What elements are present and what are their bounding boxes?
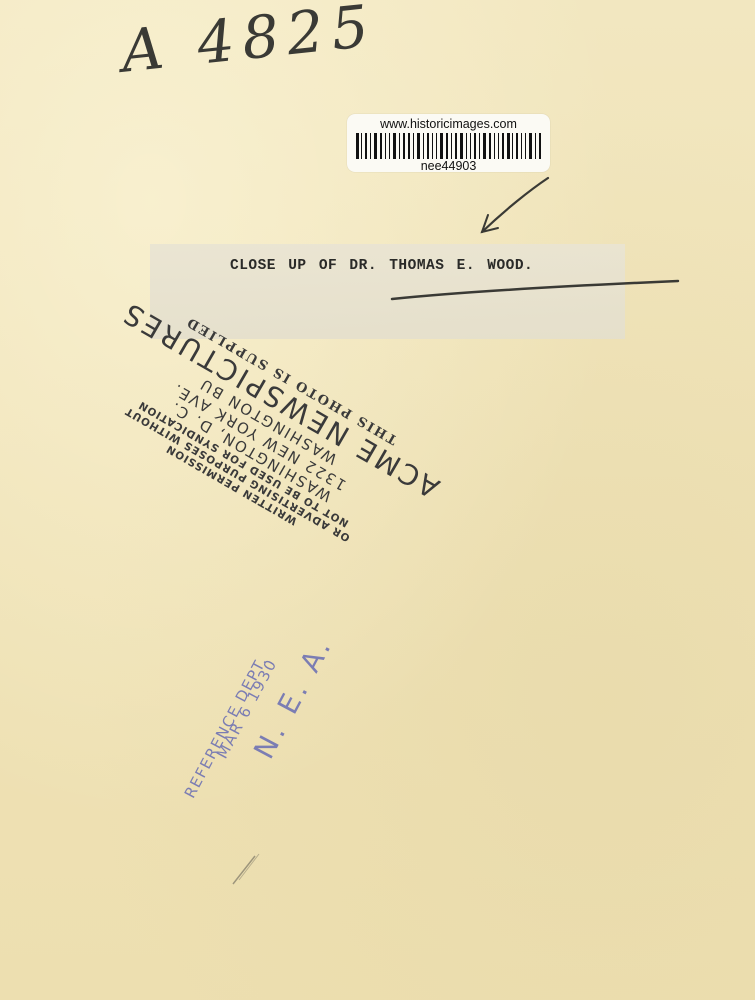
barcode-label: www.historicimages.com nee44903 [347,114,550,172]
pencil-smudge [225,850,265,890]
pencil-underline [390,275,680,305]
handwritten-number: A 4825 [118,0,380,86]
barcode-url: www.historicimages.com [347,117,550,131]
checkmark-icon [470,170,560,240]
caption-text: CLOSE UP OF DR. THOMAS E. WOOD. [230,258,533,274]
barcode-bars [356,133,542,159]
